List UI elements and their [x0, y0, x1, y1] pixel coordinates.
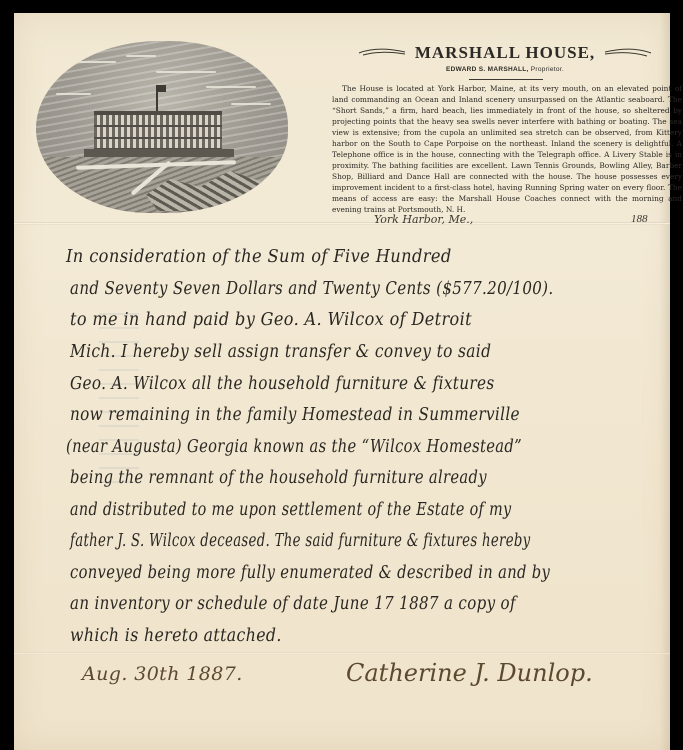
place-line: York Harbor, Me.,	[374, 213, 473, 226]
handwritten-line-7: (near Augusta) Georgia known as the “Wil…	[66, 437, 522, 457]
proprietor-role: Proprietor.	[531, 66, 564, 73]
letter-sheet: MARSHALL HOUSE, EDWARD S. MARSHALL, Prop…	[14, 13, 670, 750]
letter-date: Aug. 30th 1887.	[82, 663, 243, 685]
fold-line-bottom	[14, 652, 670, 655]
hotel-name: MARSHALL HOUSE,	[415, 43, 595, 63]
handwritten-line-3: to me in hand paid by Geo. A. Wilcox of …	[70, 310, 472, 330]
left-flourish-icon	[357, 48, 407, 58]
year-prefix: 188	[631, 213, 648, 225]
handwritten-line-5: Geo. A. Wilcox all the household furnitu…	[70, 374, 495, 394]
handwritten-line-4: Mich. I hereby sell assign transfer & co…	[70, 342, 491, 362]
proprietor-line: EDWARD S. MARSHALL, Proprietor.	[330, 66, 680, 73]
handwritten-line-11: conveyed being more fully enumerated & d…	[70, 563, 550, 583]
letterhead-title-row: MARSHALL HOUSE,	[330, 43, 680, 63]
bleed-through-ink	[99, 313, 139, 483]
handwritten-line-6: now remaining in the family Homestead in…	[70, 405, 520, 425]
handwritten-line-2: and Seventy Seven Dollars and Twenty Cen…	[70, 279, 554, 299]
proprietor-name: EDWARD S. MARSHALL,	[446, 66, 529, 73]
handwritten-line-13: which is hereto attached.	[70, 626, 282, 646]
hotel-engraving-illustration	[36, 41, 288, 213]
fold-line-top	[14, 222, 670, 225]
handwritten-line-8: being the remnant of the household furni…	[70, 468, 487, 488]
handwritten-line-1: In consideration of the Sum of Five Hund…	[66, 247, 452, 267]
handwritten-line-10: father J. S. Wilcox deceased. The said f…	[70, 531, 531, 551]
hotel-description: The House is located at York Harbor, Mai…	[332, 83, 682, 215]
handwritten-line-12: an inventory or schedule of date June 17…	[70, 594, 516, 614]
handwritten-line-9: and distributed to me upon settlement of…	[70, 500, 511, 520]
right-flourish-icon	[603, 48, 653, 58]
header-divider	[469, 79, 543, 80]
signature: Catherine J. Dunlop.	[346, 659, 593, 687]
